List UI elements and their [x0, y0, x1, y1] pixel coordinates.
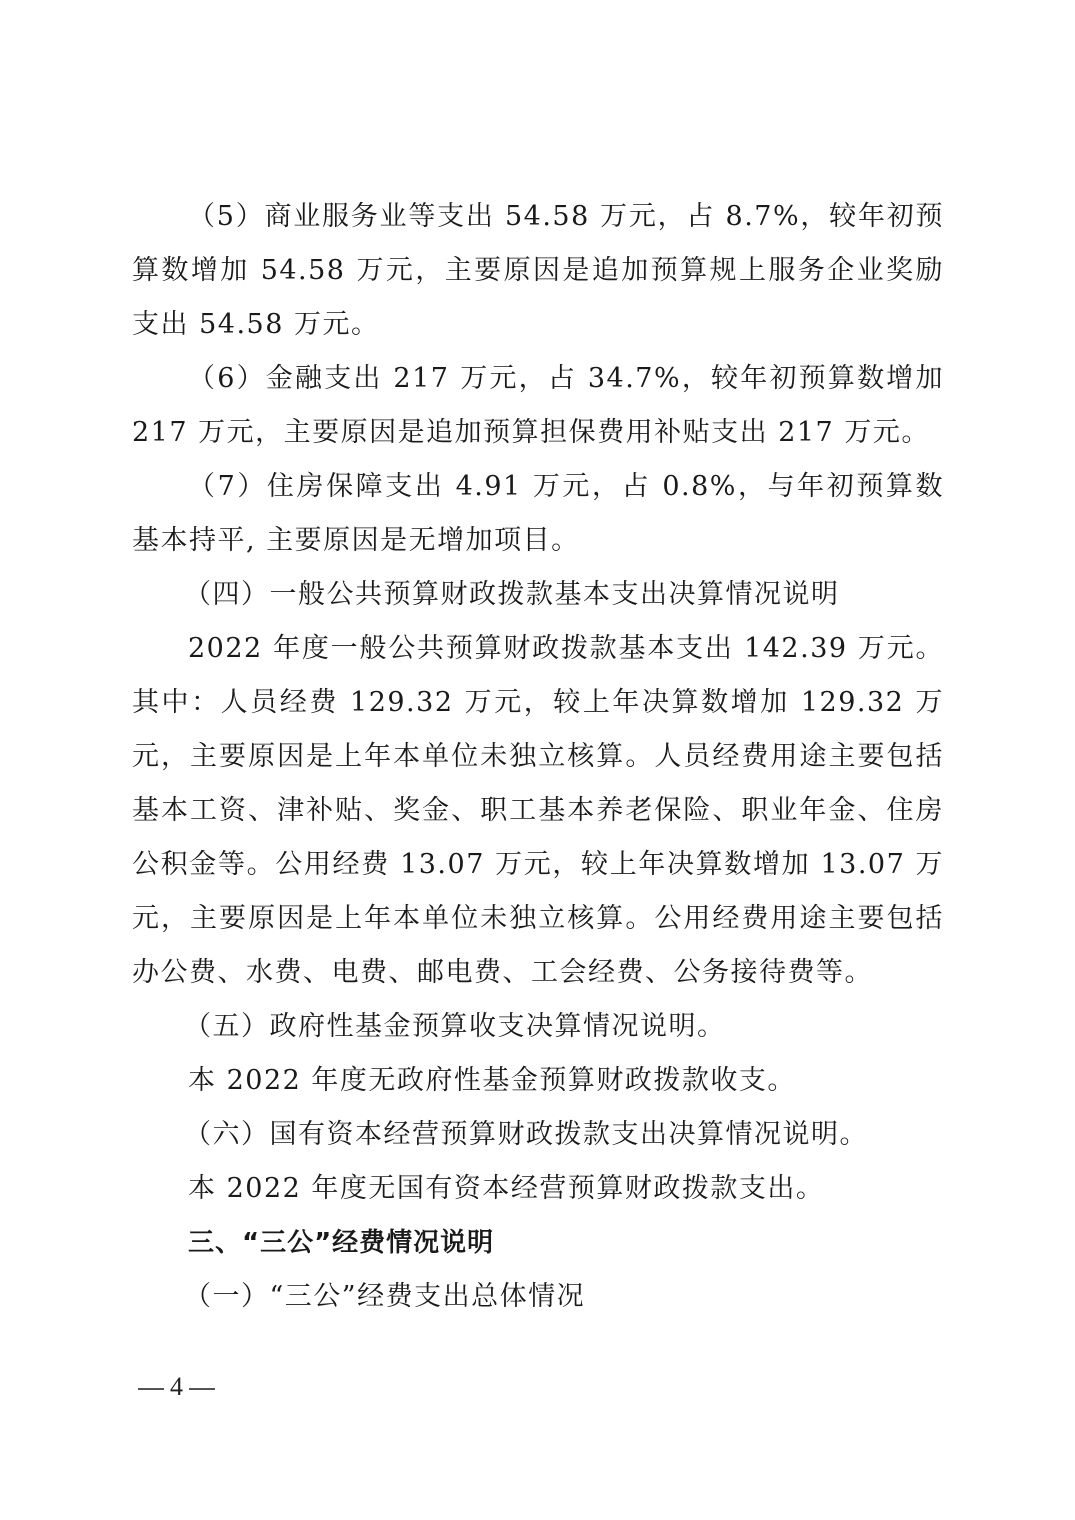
paragraph-basic-expenditure: 2022 年度一般公共预算财政拨款基本支出 142.39 万元。其中：人员经费 … — [132, 622, 944, 1000]
paragraph-housing: （7）住房保障支出 4.91 万元，占 0.8%，与年初预算数基本持平, 主要原… — [132, 460, 944, 568]
page-footer: 4 — [132, 1372, 221, 1402]
document-page: （5）商业服务业等支出 54.58 万元，占 8.7%，较年初预算数增加 54.… — [132, 190, 944, 1324]
subheading-state-capital: （六）国有资本经营预算财政拨款支出决算情况说明。 — [132, 1108, 944, 1162]
subheading-government-fund: （五）政府性基金预算收支决算情况说明。 — [132, 1000, 944, 1054]
subheading-basic-expenditure: （四）一般公共预算财政拨款基本支出决算情况说明 — [132, 568, 944, 622]
page-number: 4 — [170, 1372, 183, 1401]
subheading-three-public-overall: （一）“三公”经费支出总体情况 — [132, 1270, 944, 1324]
paragraph-finance: （6）金融支出 217 万元，占 34.7%，较年初预算数增加 217 万元，主… — [132, 352, 944, 460]
section-heading-three-public: 三、“三公”经费情况说明 — [132, 1216, 944, 1270]
paragraph-government-fund: 本 2022 年度无政府性基金预算财政拨款收支。 — [132, 1054, 944, 1108]
paragraph-state-capital: 本 2022 年度无国有资本经营预算财政拨款支出。 — [132, 1162, 944, 1216]
dash-right — [189, 1388, 215, 1390]
dash-left — [138, 1388, 164, 1390]
paragraph-commercial-services: （5）商业服务业等支出 54.58 万元，占 8.7%，较年初预算数增加 54.… — [132, 190, 944, 352]
